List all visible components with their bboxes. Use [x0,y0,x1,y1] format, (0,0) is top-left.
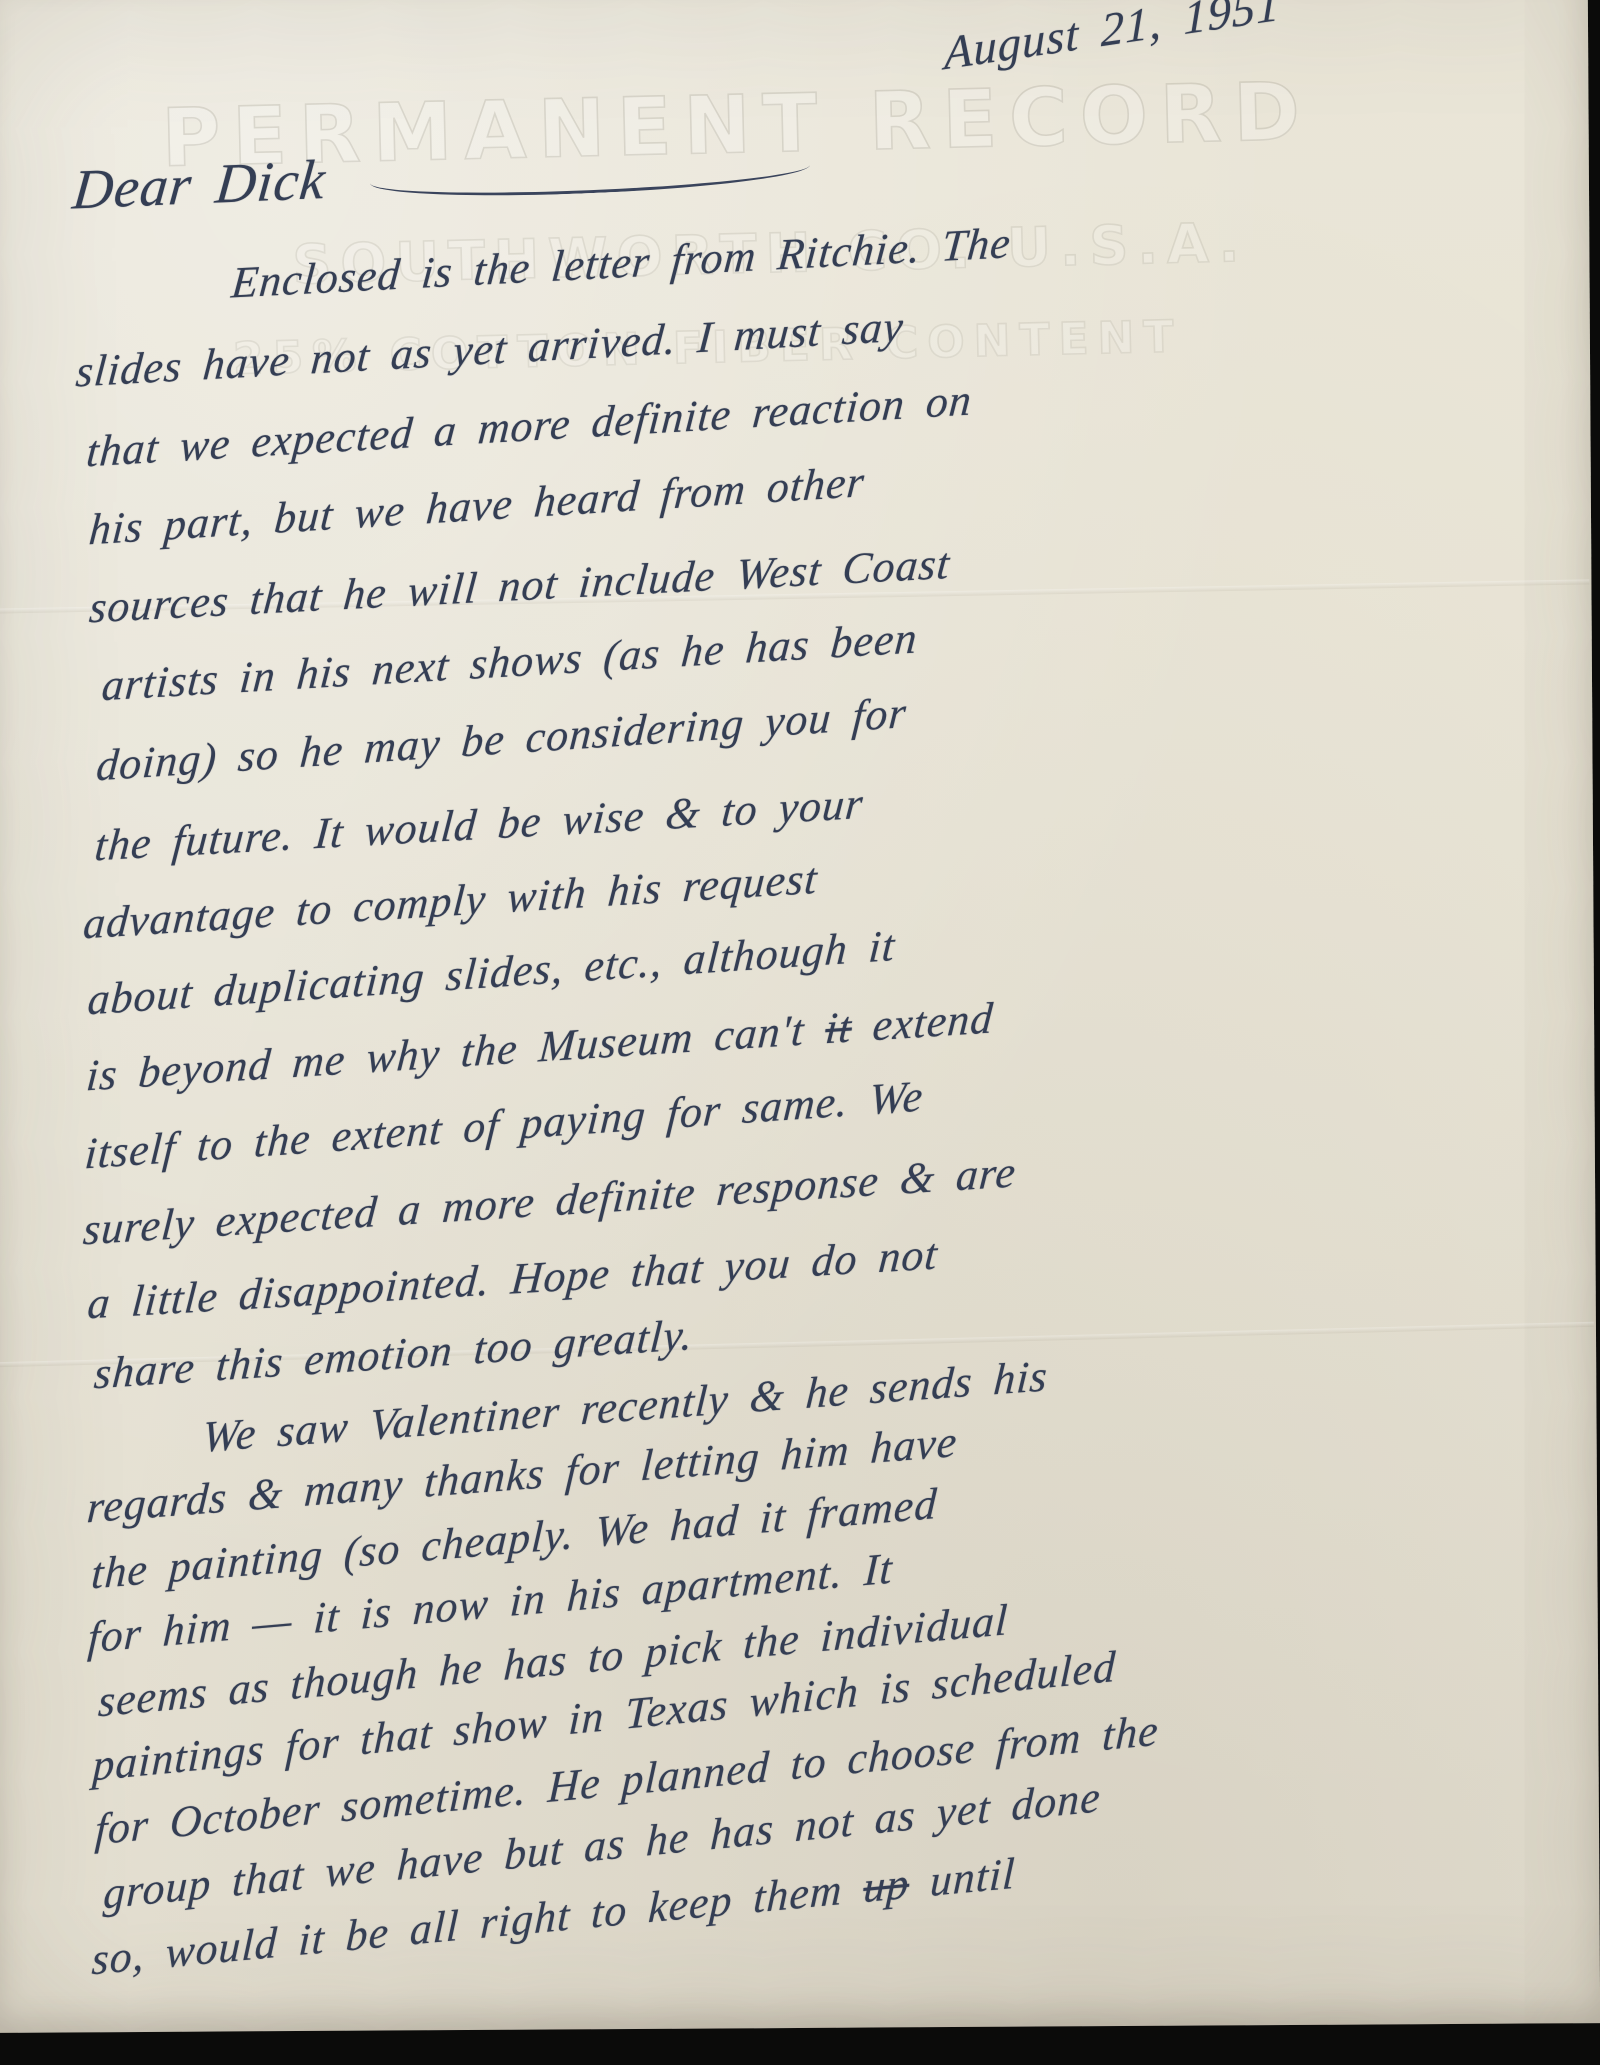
scanned-letter-page: { "scan": { "background_color": "#0b0b0a… [0,0,1600,2065]
salutation-dash [368,155,811,202]
letter-line-2: slides have not as yet arrived. I must s… [74,305,905,395]
letter-paper: PERMANENT RECORD SOUTHWORTH CO. U.S.A. 2… [0,0,1600,2033]
salutation-text: Dear Dick [70,149,329,222]
letter-line-5: sources that he will not include West Co… [88,542,952,631]
letter-line-8: the future. It would be wise & to your [93,782,865,869]
letter-line-14: a little disappointed. Hope that you do … [86,1232,940,1326]
letter-line-4: his part, but we have heard from other [87,460,866,552]
struck-word: it [824,1002,854,1053]
struck-word: up [862,1859,910,1913]
letter-line-7: doing) so he may be considering you for [95,691,909,788]
